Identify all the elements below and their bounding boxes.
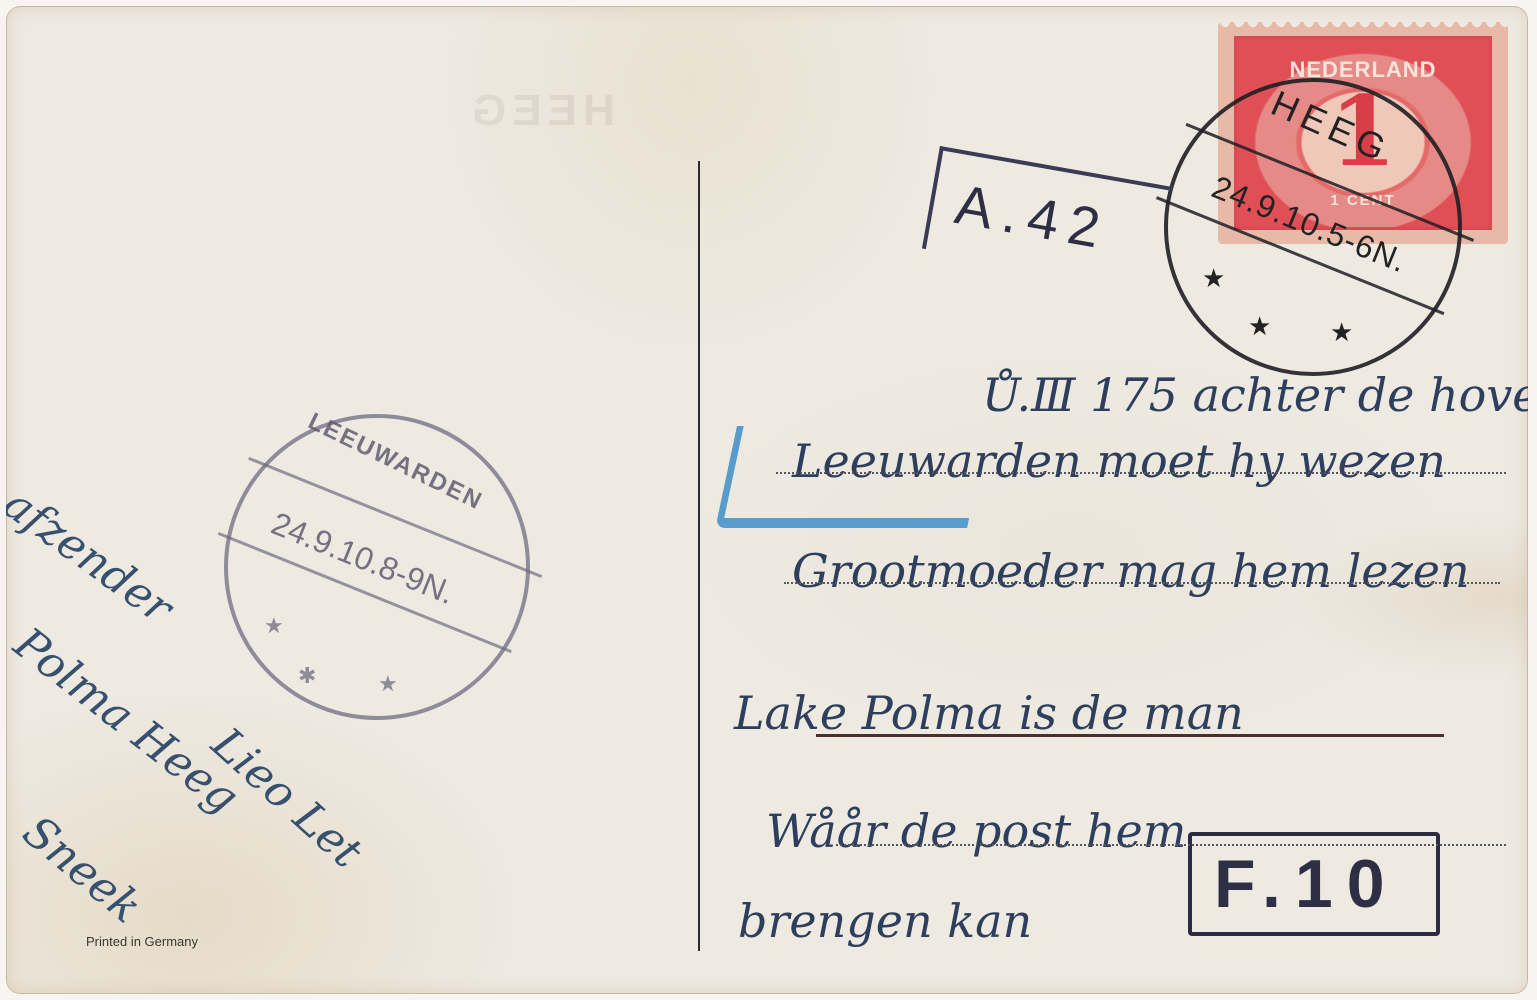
postcard-back: HEEG NEDERLAND 1 1 CENT HEEG 24.9.10.5-6… <box>6 6 1528 994</box>
show-through-print: HEEG <box>466 86 615 136</box>
star-icon: ✱ <box>298 664 316 689</box>
address-line-4: Lake Polma is de man <box>734 686 1244 740</box>
printed-in-germany: Printed in Germany <box>86 934 198 949</box>
star-icon: ★ <box>264 614 284 639</box>
sender-line-2: Polma Heeg <box>6 618 248 824</box>
address-line-6: brengen kan <box>738 894 1032 948</box>
sender-line-4: Sneek <box>13 806 151 933</box>
box-mark-a42: A.42 <box>922 146 1172 289</box>
address-dotted-line <box>784 582 1500 584</box>
postmark-town: HEEG <box>1265 82 1397 172</box>
box-mark-f10: F.10 <box>1188 832 1440 936</box>
star-icon: ★ <box>1248 312 1271 342</box>
address-line-1: Ů.Ⅲ 175 achter de hove <box>982 368 1528 422</box>
star-icon: ★ <box>378 672 398 697</box>
postmark-heeg: HEEG 24.9.10.5-6N. ★ ★ ★ <box>1164 78 1462 376</box>
address-line-3: Grootmoeder mag hem lezen <box>792 544 1470 598</box>
address-dotted-line <box>776 472 1506 474</box>
star-icon: ★ <box>1330 318 1353 348</box>
address-dotted-line <box>836 844 1506 846</box>
address-line-5: Wåår de post hem <box>766 804 1186 858</box>
sender-line-1: afzender <box>6 478 182 634</box>
star-icon: ★ <box>1202 264 1225 294</box>
name-underline <box>816 734 1444 737</box>
address-divider-line <box>698 161 700 951</box>
postmark-leeuwarden: LEEUWARDEN 24.9.10.8-9N. ★ ✱ ★ <box>224 414 530 720</box>
address-line-2: Leeuwarden moet hy wezen <box>792 434 1446 488</box>
